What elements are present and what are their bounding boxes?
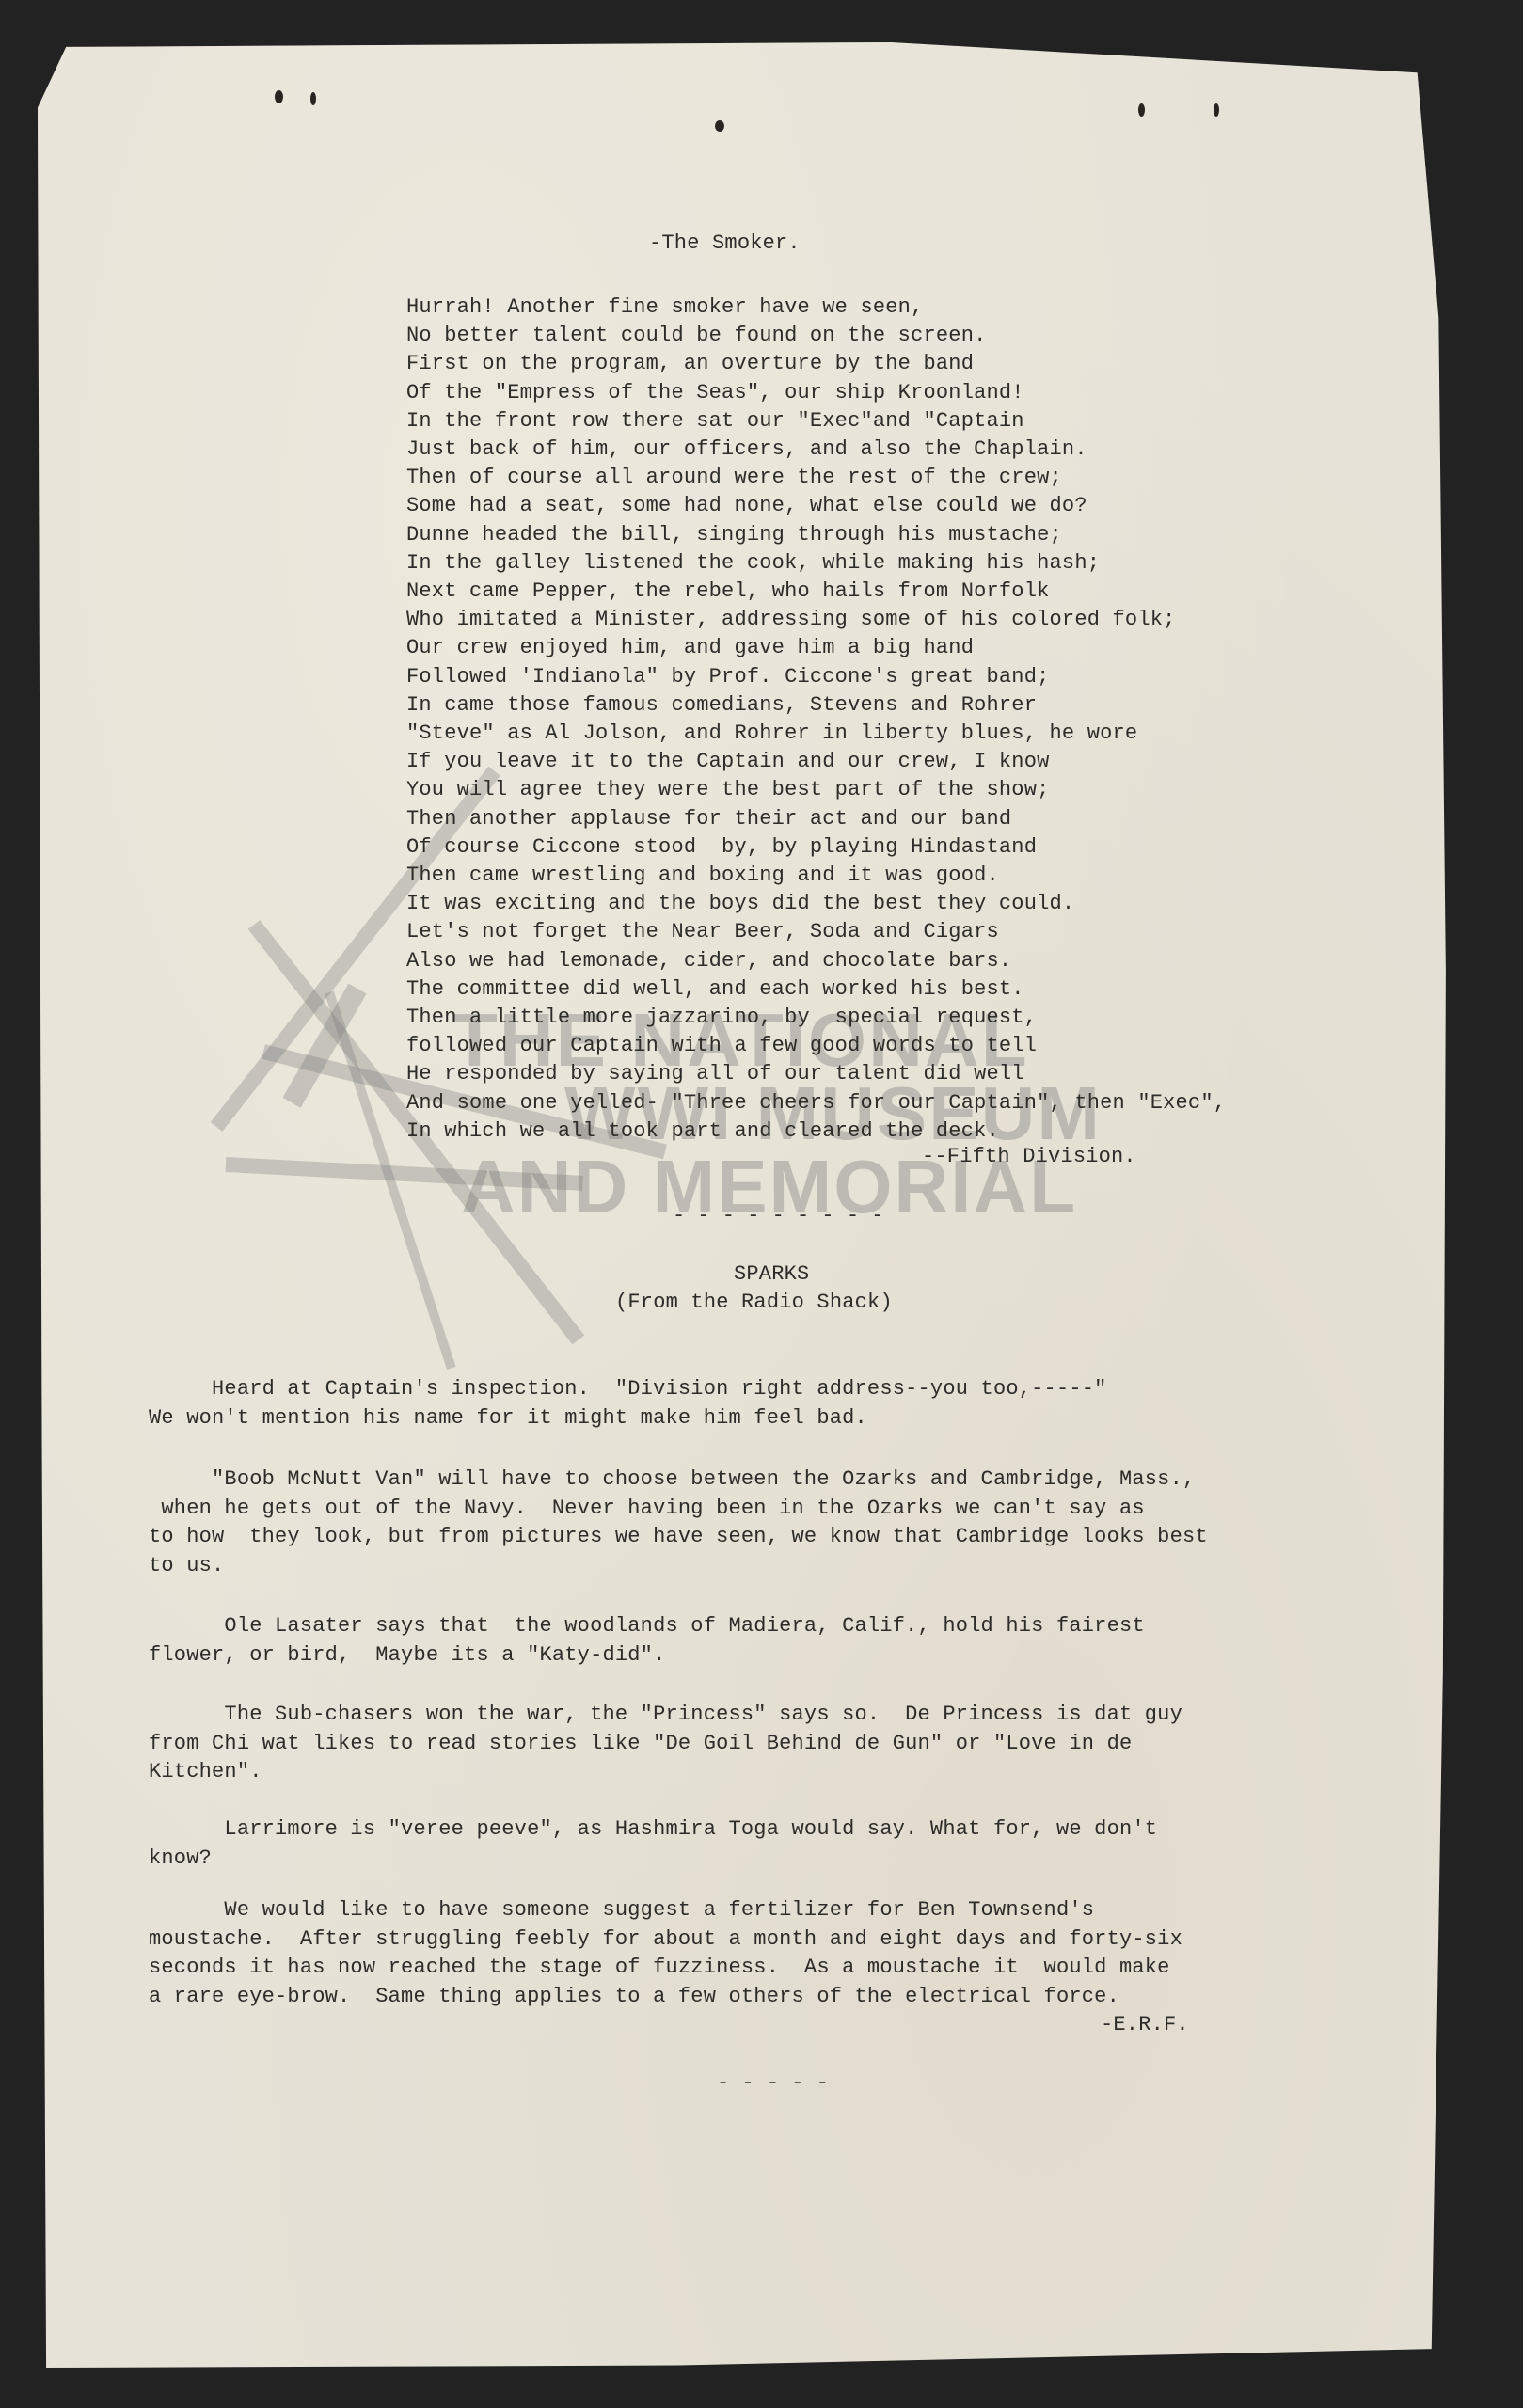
poem-line: No better talent could be found on the s… bbox=[406, 322, 1226, 350]
poem-line: Just back of him, our officers, and also… bbox=[406, 436, 1226, 464]
poem-line: First on the program, an overture by the… bbox=[406, 350, 1226, 378]
poem-line: The committee did well, and each worked … bbox=[406, 975, 1226, 1004]
poem-line: It was exciting and the boys did the bes… bbox=[406, 890, 1226, 918]
poem-line: Next came Pepper, the rebel, who hails f… bbox=[406, 578, 1226, 606]
poem-line: You will agree they were the best part o… bbox=[406, 776, 1226, 804]
poem-line: In which we all took part and cleared th… bbox=[406, 1117, 1226, 1146]
poem-line: Followed 'Indianola" by Prof. Ciccone's … bbox=[406, 663, 1226, 691]
poem-line: Then a little more jazzarino, by special… bbox=[406, 1004, 1226, 1032]
poem-line: Some had a seat, some had none, what els… bbox=[406, 492, 1226, 520]
poem-line: Let's not forget the Near Beer, Soda and… bbox=[406, 918, 1226, 946]
punch-hole bbox=[715, 120, 724, 132]
sparks-paragraph: "Boob McNutt Van" will have to choose be… bbox=[149, 1465, 1208, 1580]
sparks-paragraph: The Sub-chasers won the war, the "Prince… bbox=[149, 1701, 1182, 1787]
poem-line: In came those famous comedians, Stevens … bbox=[406, 691, 1226, 720]
poem-line: Who imitated a Minister, addressing some… bbox=[406, 606, 1226, 634]
punch-hole bbox=[1138, 103, 1145, 117]
punch-hole bbox=[275, 90, 283, 103]
poem-line: If you leave it to the Captain and our c… bbox=[406, 748, 1226, 776]
poem-line: followed our Captain with a few good wor… bbox=[406, 1032, 1226, 1060]
sparks-paragraph: Heard at Captain's inspection. "Division… bbox=[149, 1375, 1107, 1433]
poem-line: Of the "Empress of the Seas", our ship K… bbox=[406, 379, 1226, 407]
poem-line: Dunne headed the bill, singing through h… bbox=[406, 521, 1226, 549]
sparks-signature: -E.R.F. bbox=[1101, 2011, 1189, 2039]
poem-line: Our crew enjoyed him, and gave him a big… bbox=[406, 634, 1226, 662]
sparks-paragraph: Ole Lasater says that the woodlands of M… bbox=[149, 1612, 1145, 1670]
sparks-paragraph: We would like to have someone suggest a … bbox=[149, 1896, 1182, 2011]
poem-line: In the galley listened the cook, while m… bbox=[406, 549, 1226, 578]
poem-line: Then of course all around were the rest … bbox=[406, 464, 1226, 492]
end-separator: - - - - - bbox=[717, 2069, 829, 2098]
poem-signature: --Fifth Division. bbox=[922, 1143, 1136, 1171]
poem-line: "Steve" as Al Jolson, and Rohrer in libe… bbox=[406, 720, 1226, 748]
poem-line: Then another applause for their act and … bbox=[406, 805, 1226, 833]
punch-hole bbox=[1214, 103, 1219, 117]
sparks-subtitle: (From the Radio Shack) bbox=[615, 1289, 893, 1317]
poem-line: Then came wrestling and boxing and it wa… bbox=[406, 862, 1226, 890]
sparks-paragraph: Larrimore is "veree peeve", as Hashmira … bbox=[149, 1815, 1157, 1873]
poem-line: Also we had lemonade, cider, and chocola… bbox=[406, 947, 1226, 975]
poem-line: And some one yelled- "Three cheers for o… bbox=[406, 1089, 1226, 1117]
section-separator: - - - - - - - - - bbox=[673, 1202, 883, 1230]
sparks-title: SPARKS bbox=[734, 1260, 809, 1289]
poem-line: He responded by saying all of our talent… bbox=[406, 1060, 1226, 1088]
poem-line: In the front row there sat our "Exec"and… bbox=[406, 407, 1226, 436]
poem-title: -The Smoker. bbox=[649, 230, 801, 258]
punch-hole bbox=[310, 92, 316, 105]
poem-line: Hurrah! Another fine smoker have we seen… bbox=[406, 293, 1226, 322]
poem-body: Hurrah! Another fine smoker have we seen… bbox=[406, 293, 1226, 1146]
document-page: THE NATIONAL WWI MUSEUM AND MEMORIAL -Th… bbox=[38, 38, 1460, 2372]
poem-line: Of course Ciccone stood by, by playing H… bbox=[406, 833, 1226, 862]
